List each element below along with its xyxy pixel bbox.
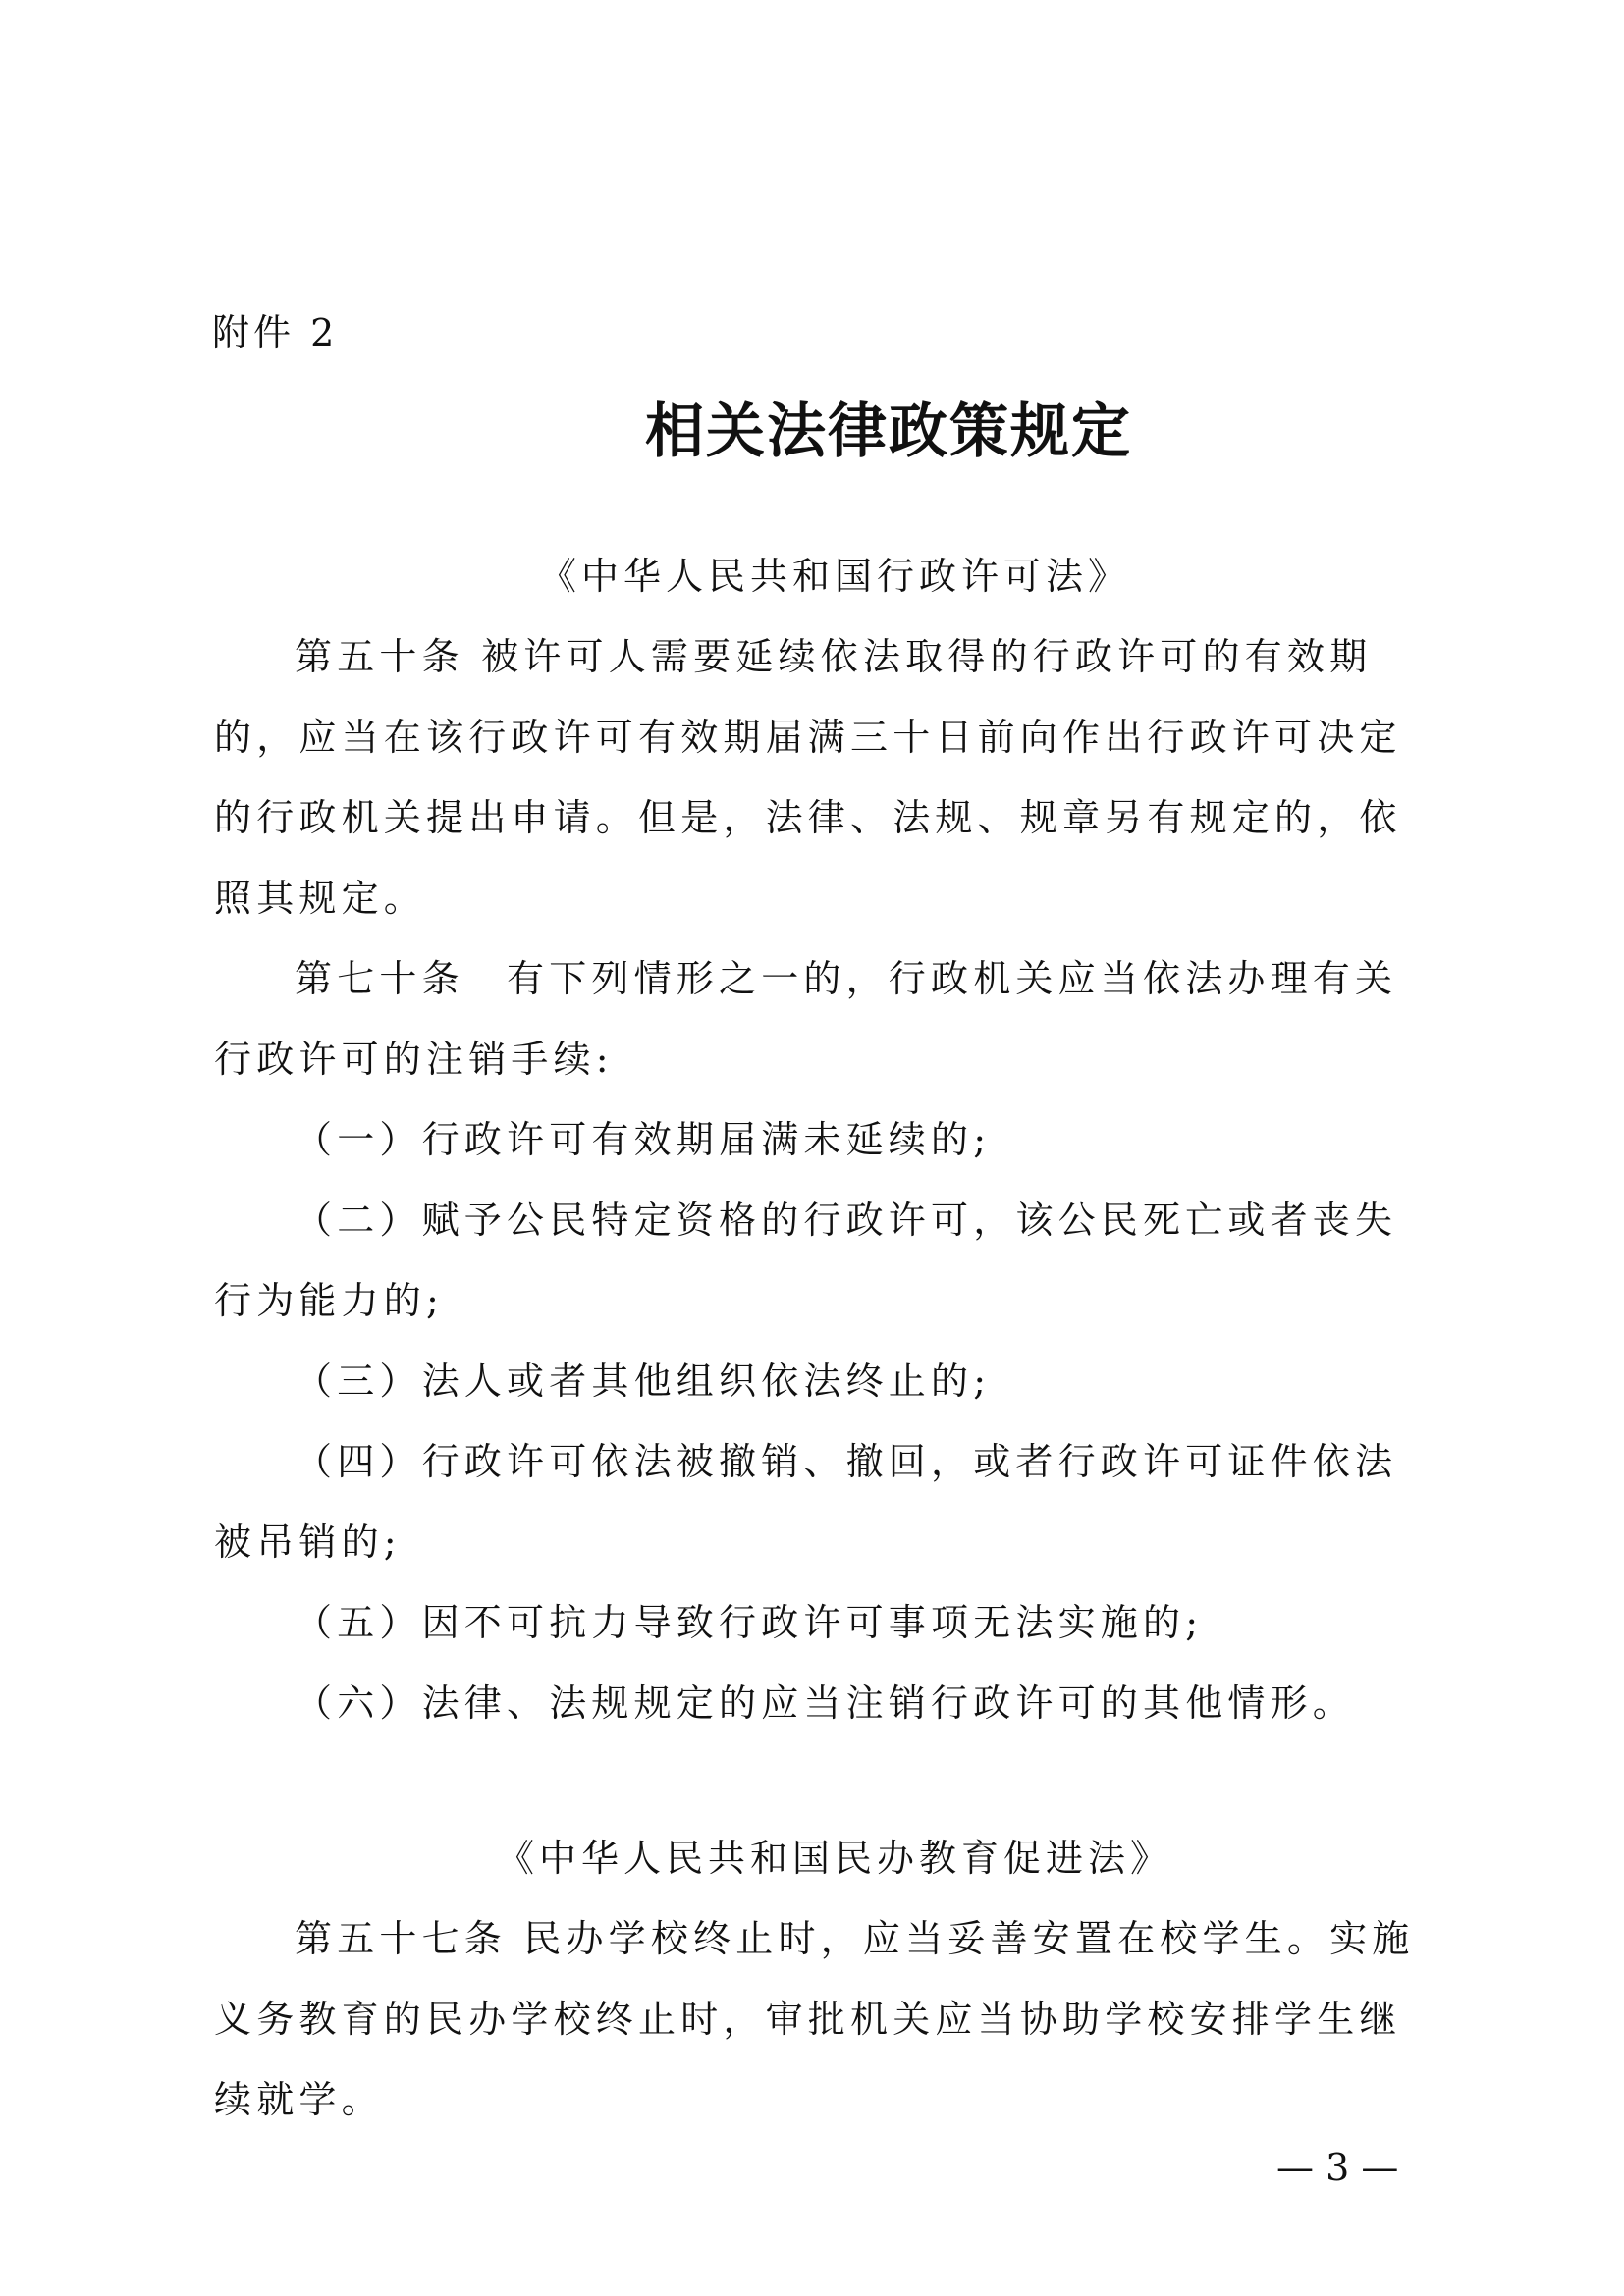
document-title: 相关法律政策规定 bbox=[0, 385, 1624, 469]
article-57-line-3: 续就学。 bbox=[214, 2069, 1441, 2123]
clause-2-line-2: 行为能力的; bbox=[214, 1270, 1441, 1324]
clause-4-line-2: 被吊销的; bbox=[214, 1512, 1441, 1566]
page-number: — 3 — bbox=[1276, 2146, 1398, 2189]
article-50-line-1: 第五十条 被许可人需要延续依法取得的行政许可的有效期 bbox=[295, 626, 1522, 680]
article-57-line-1: 第五十七条 民办学校终止时，应当妥善安置在校学生。实施 bbox=[295, 1908, 1522, 1962]
clause-3: （三）法人或者其他组织依法终止的; bbox=[295, 1351, 1522, 1405]
article-70-line-2: 行政许可的注销手续: bbox=[214, 1029, 1441, 1083]
article-57-line-2: 义务教育的民办学校终止时，审批机关应当协助学校安排学生继 bbox=[214, 1989, 1441, 2043]
clause-1: （一）行政许可有效期届满未延续的; bbox=[295, 1109, 1522, 1163]
article-50-line-4: 照其规定。 bbox=[214, 868, 1441, 922]
document-page: 附件 2 相关法律政策规定 《中华人民共和国行政许可法》 第五十条 被许可人需要… bbox=[0, 0, 1624, 2296]
article-50-line-2: 的，应当在该行政许可有效期届满三十日前向作出行政许可决定 bbox=[214, 707, 1441, 761]
attachment-label: 附件 2 bbox=[212, 302, 338, 356]
clause-6: （六）法律、法规规定的应当注销行政许可的其他情形。 bbox=[295, 1673, 1522, 1727]
article-50-line-3: 的行政机关提出申请。但是，法律、法规、规章另有规定的，依 bbox=[214, 787, 1441, 841]
article-70-line-1: 第七十条 有下列情形之一的，行政机关应当依法办理有关 bbox=[295, 948, 1522, 1002]
clause-2-line-1: （二）赋予公民特定资格的行政许可，该公民死亡或者丧失 bbox=[295, 1190, 1522, 1244]
law-title-administrative-licensing: 《中华人民共和国行政许可法》 bbox=[0, 546, 1624, 600]
clause-5: （五）因不可抗力导致行政许可事项无法实施的; bbox=[295, 1592, 1522, 1646]
clause-4-line-1: （四）行政许可依法被撤销、撤回，或者行政许可证件依法 bbox=[295, 1431, 1522, 1485]
law-title-private-education: 《中华人民共和国民办教育促进法》 bbox=[0, 1828, 1624, 1882]
